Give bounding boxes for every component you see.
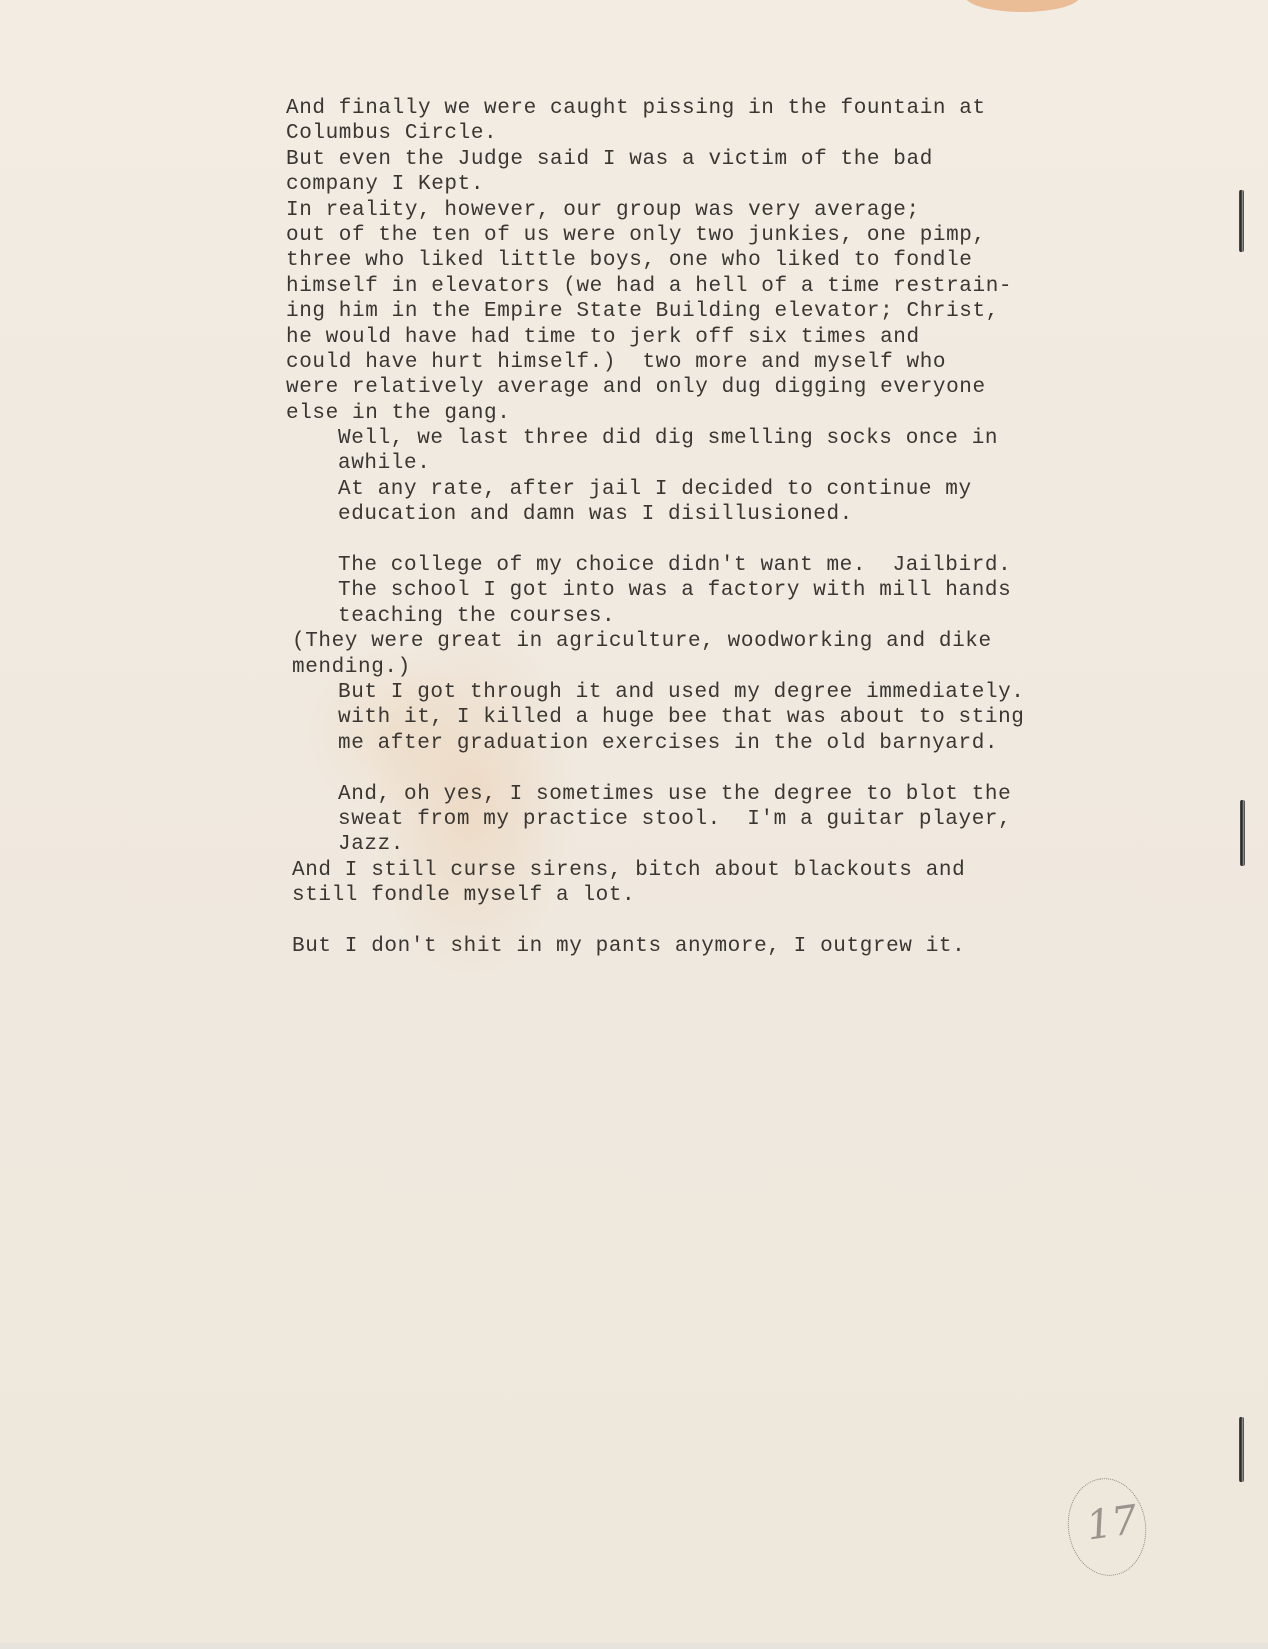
tape-stain [965, 0, 1080, 12]
text-line: still fondle myself a lot. [286, 883, 1146, 908]
text-line: education and damn was I disillusioned. [286, 502, 1146, 527]
typewritten-text: And finally we were caught pissing in th… [286, 96, 1146, 959]
text-line: But even the Judge said I was a victim o… [286, 147, 1146, 172]
text-line: In reality, however, our group was very … [286, 198, 1146, 223]
staple-bottom [1239, 1417, 1244, 1482]
text-line: ing him in the Empire State Building ele… [286, 299, 1146, 324]
text-line: awhile. [286, 451, 1146, 476]
text-line: sweat from my practice stool. I'm a guit… [286, 807, 1146, 832]
page-number-text: 17 [1084, 1497, 1141, 1550]
text-line: Jazz. [286, 832, 1146, 857]
text-line: company I Kept. [286, 172, 1146, 197]
text-line: The college of my choice didn't want me.… [286, 553, 1146, 578]
text-line: At any rate, after jail I decided to con… [286, 477, 1146, 502]
text-line: he would have had time to jerk off six t… [286, 325, 1146, 350]
text-line: out of the ten of us were only two junki… [286, 223, 1146, 248]
text-line: with it, I killed a huge bee that was ab… [286, 705, 1146, 730]
text-line: And, oh yes, I sometimes use the degree … [286, 782, 1146, 807]
staple-middle [1240, 800, 1245, 866]
text-line: And I still curse sirens, bitch about bl… [286, 858, 1146, 883]
text-line: But I got through it and used my degree … [286, 680, 1146, 705]
blank-line [286, 528, 1146, 553]
blank-line [286, 909, 1146, 934]
paper-page: And finally we were caught pissing in th… [0, 0, 1268, 1649]
text-line: Well, we last three did dig smelling soc… [286, 426, 1146, 451]
text-line: Columbus Circle. [286, 121, 1146, 146]
page-edge [0, 1643, 1268, 1649]
text-line: me after graduation exercises in the old… [286, 731, 1146, 756]
text-line: teaching the courses. [286, 604, 1146, 629]
staple-top [1239, 190, 1244, 252]
text-line: were relatively average and only dug dig… [286, 375, 1146, 400]
text-line: The school I got into was a factory with… [286, 578, 1146, 603]
text-line: (They were great in agriculture, woodwor… [286, 629, 1146, 654]
text-line: mending.) [286, 655, 1146, 680]
text-line: And finally we were caught pissing in th… [286, 96, 1146, 121]
blank-line [286, 756, 1146, 781]
handwritten-page-number: 17 [1062, 1473, 1153, 1581]
text-line: else in the gang. [286, 401, 1146, 426]
text-line: himself in elevators (we had a hell of a… [286, 274, 1146, 299]
text-line: three who liked little boys, one who lik… [286, 248, 1146, 273]
text-line: could have hurt himself.) two more and m… [286, 350, 1146, 375]
text-line: But I don't shit in my pants anymore, I … [286, 934, 1146, 959]
